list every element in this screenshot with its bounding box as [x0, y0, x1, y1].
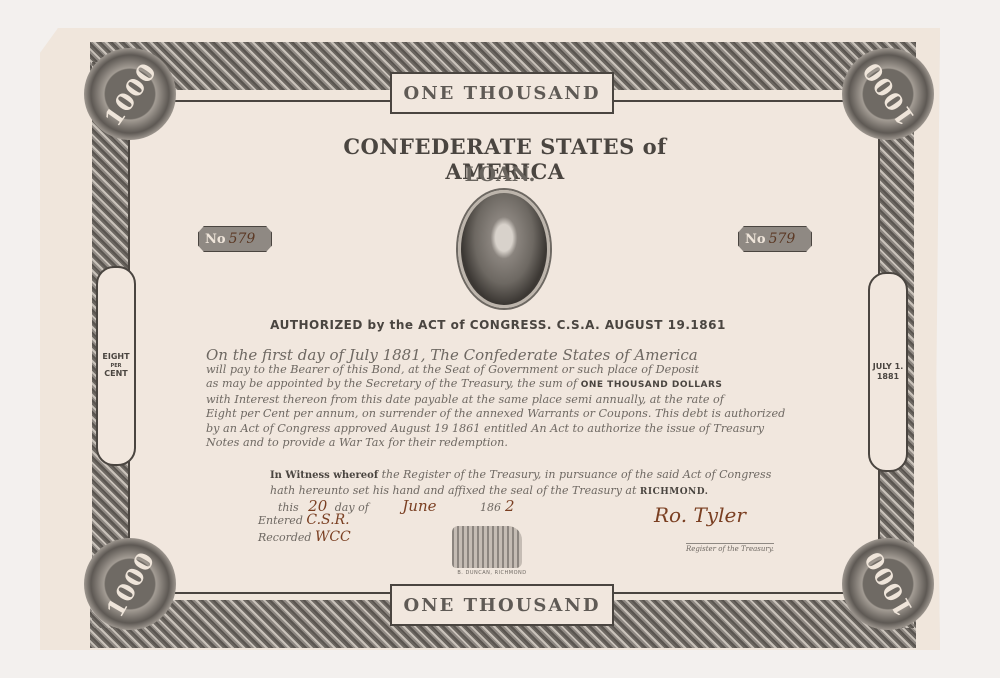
serial-number-left: No 579 — [198, 226, 272, 252]
loan-subtitle: LOAN. — [460, 162, 540, 186]
serial-value: 579 — [769, 231, 796, 247]
serial-prefix: No — [205, 232, 226, 247]
witness-line: hath hereunto set his hand and affixed t… — [270, 484, 636, 497]
register-signature: Ro. Tyler — [654, 503, 746, 527]
corner-denomination-top-left: 1000 — [84, 48, 176, 140]
entry-record: Entered C.S.R. Recorded WCC — [258, 512, 351, 546]
witness-clause: In Witness whereof the Register of the T… — [270, 468, 820, 499]
serial-number-right: No 579 — [738, 226, 812, 252]
witness-city: RICHMOND. — [640, 487, 709, 497]
interest-rate-word: EIGHT — [102, 352, 129, 362]
corner-denomination-bottom-left: 1000 — [84, 538, 176, 630]
cotton-bale-vignette — [452, 526, 522, 568]
portrait-vignette — [458, 190, 550, 308]
entered-label: Entered — [258, 514, 303, 527]
witness-line: the Register of the Treasury, in pursuan… — [382, 468, 772, 481]
corner-denomination-bottom-right: 1000 — [842, 538, 934, 630]
bond-terms-text: On the first day of July 1881, The Confe… — [206, 348, 820, 451]
date-year-prefix: 186 — [480, 501, 501, 514]
amount-text: ONE THOUSAND DOLLARS — [581, 380, 723, 390]
witness-lead: In Witness whereof — [270, 470, 378, 481]
interest-rate-unit: CENT — [104, 369, 128, 379]
entered-initials: C.S.R. — [306, 512, 349, 528]
engraver-imprint: B. DUNCAN, RICHMOND — [452, 570, 532, 576]
bottom-denomination-label: ONE THOUSAND — [390, 584, 614, 626]
date-month: June — [402, 497, 436, 515]
terms-line: On the first day of July 1881, The Confe… — [206, 348, 820, 363]
serial-value: 579 — [229, 231, 256, 247]
register-caption: Register of the Treasury. — [686, 543, 774, 553]
top-denomination-label: ONE THOUSAND — [390, 72, 614, 114]
maturity-date-panel: JULY 1. 1881 — [868, 272, 908, 472]
terms-line: Notes and to provide a War Tax for their… — [206, 436, 820, 451]
recorded-label: Recorded — [258, 531, 311, 544]
authorization-line: AUTHORIZED by the ACT of CONGRESS. C.S.A… — [228, 318, 768, 332]
terms-line: by an Act of Congress approved August 19… — [206, 422, 820, 437]
terms-line: as may be appointed by the Secretary of … — [206, 377, 577, 390]
maturity-year: 1881 — [877, 372, 899, 382]
terms-line: will pay to the Bearer of this Bond, at … — [206, 363, 820, 378]
terms-line: Eight per Cent per annum, on surrender o… — [206, 407, 820, 422]
date-year-suffix: 2 — [505, 497, 515, 515]
terms-line: with Interest thereon from this date pay… — [206, 393, 820, 408]
maturity-day: JULY 1. — [873, 362, 904, 372]
corner-denomination-top-right: 1000 — [842, 48, 934, 140]
interest-rate-panel: EIGHT PER CENT — [96, 266, 136, 466]
serial-prefix: No — [745, 232, 766, 247]
recorded-initials: WCC — [315, 529, 351, 545]
